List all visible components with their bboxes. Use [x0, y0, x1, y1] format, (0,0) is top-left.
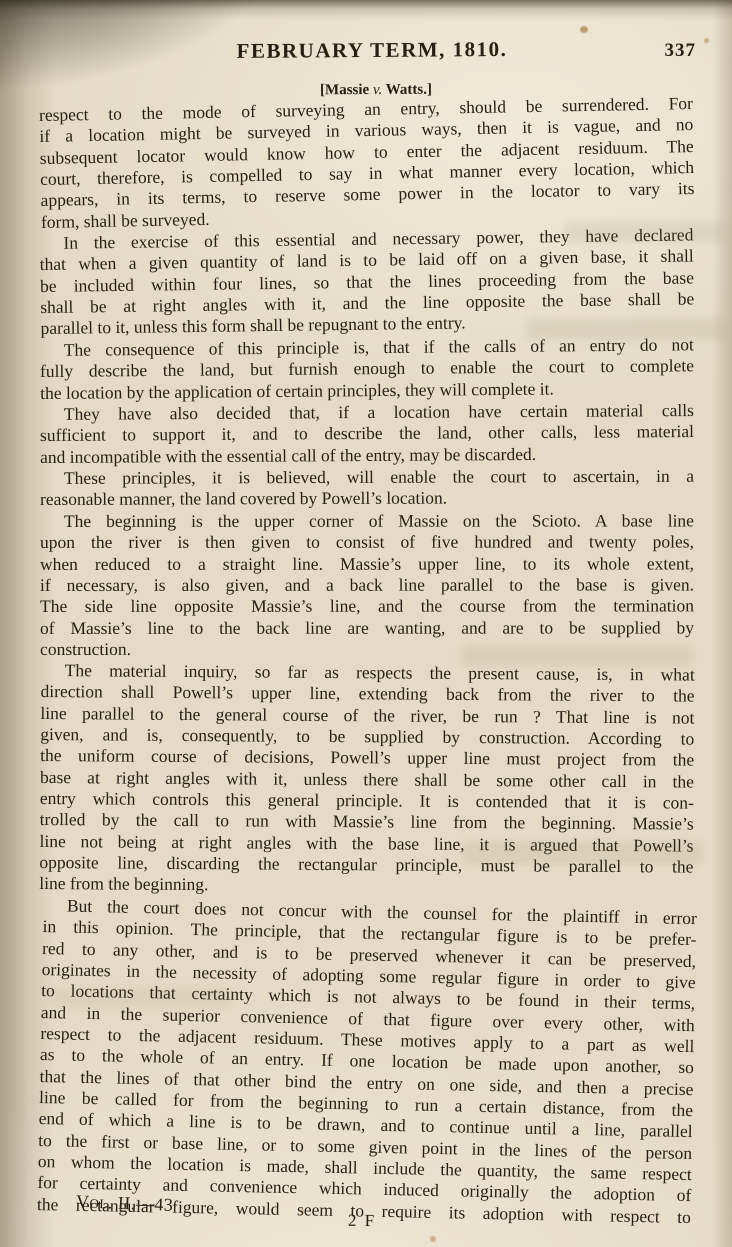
foxing-stain	[300, 1209, 304, 1213]
text-line: when reduced to a straight line. Massie’…	[40, 553, 694, 575]
text-line: upon the river is then given to consist …	[40, 531, 694, 553]
text-line: of Massie’s line to the back line are wa…	[40, 617, 694, 639]
text-line: and incompatible with the essential call…	[40, 443, 694, 468]
ink-showthrough	[526, 318, 726, 340]
text-line: sufficient to support it, and to describ…	[40, 421, 694, 446]
running-head: FEBRUARY TERM, 1810. 337	[0, 38, 732, 64]
case-caption-versus: v.	[373, 82, 382, 98]
foxing-stain	[704, 38, 709, 43]
paragraph: The beginning is the upper corner of Mas…	[40, 510, 694, 660]
case-caption-close: Watts.]	[382, 82, 432, 98]
ink-showthrough	[462, 842, 702, 864]
ink-showthrough	[52, 988, 232, 1008]
foxing-stain	[430, 1236, 436, 1242]
ink-showthrough	[462, 646, 692, 666]
text-line: These principles, it is believed, will e…	[40, 466, 694, 490]
scanned-book-page: FEBRUARY TERM, 1810. 337 [Massie v. Watt…	[0, 0, 732, 1247]
text-line: reasonable manner, the land covered by P…	[40, 487, 694, 511]
text-line: The beginning is the upper corner of Mas…	[40, 510, 694, 532]
paragraph: They have also decided that, if a locati…	[40, 400, 694, 468]
paragraph: But the court does not concur with the c…	[37, 895, 697, 1228]
case-caption-open: [Massie	[320, 82, 373, 98]
paragraph: The consequence of this principle is, th…	[40, 334, 695, 404]
text-line: line from the beginning.	[39, 873, 693, 899]
paragraph: These principles, it is believed, will e…	[40, 466, 694, 511]
term-heading: FEBRUARY TERM, 1810.	[0, 35, 732, 65]
text-line: if necessary, is also given, and a back …	[40, 574, 694, 596]
page-number: 337	[665, 40, 697, 62]
printers-signature: 2 F	[348, 1211, 376, 1231]
volume-signature: Vol. II.—43	[76, 1191, 174, 1216]
text-line: The side line opposite Massie’s line, an…	[40, 595, 694, 617]
ink-showthrough	[564, 222, 724, 242]
foxing-stain	[580, 26, 588, 33]
paragraph: respect to the mode of surveying an entr…	[39, 93, 695, 233]
